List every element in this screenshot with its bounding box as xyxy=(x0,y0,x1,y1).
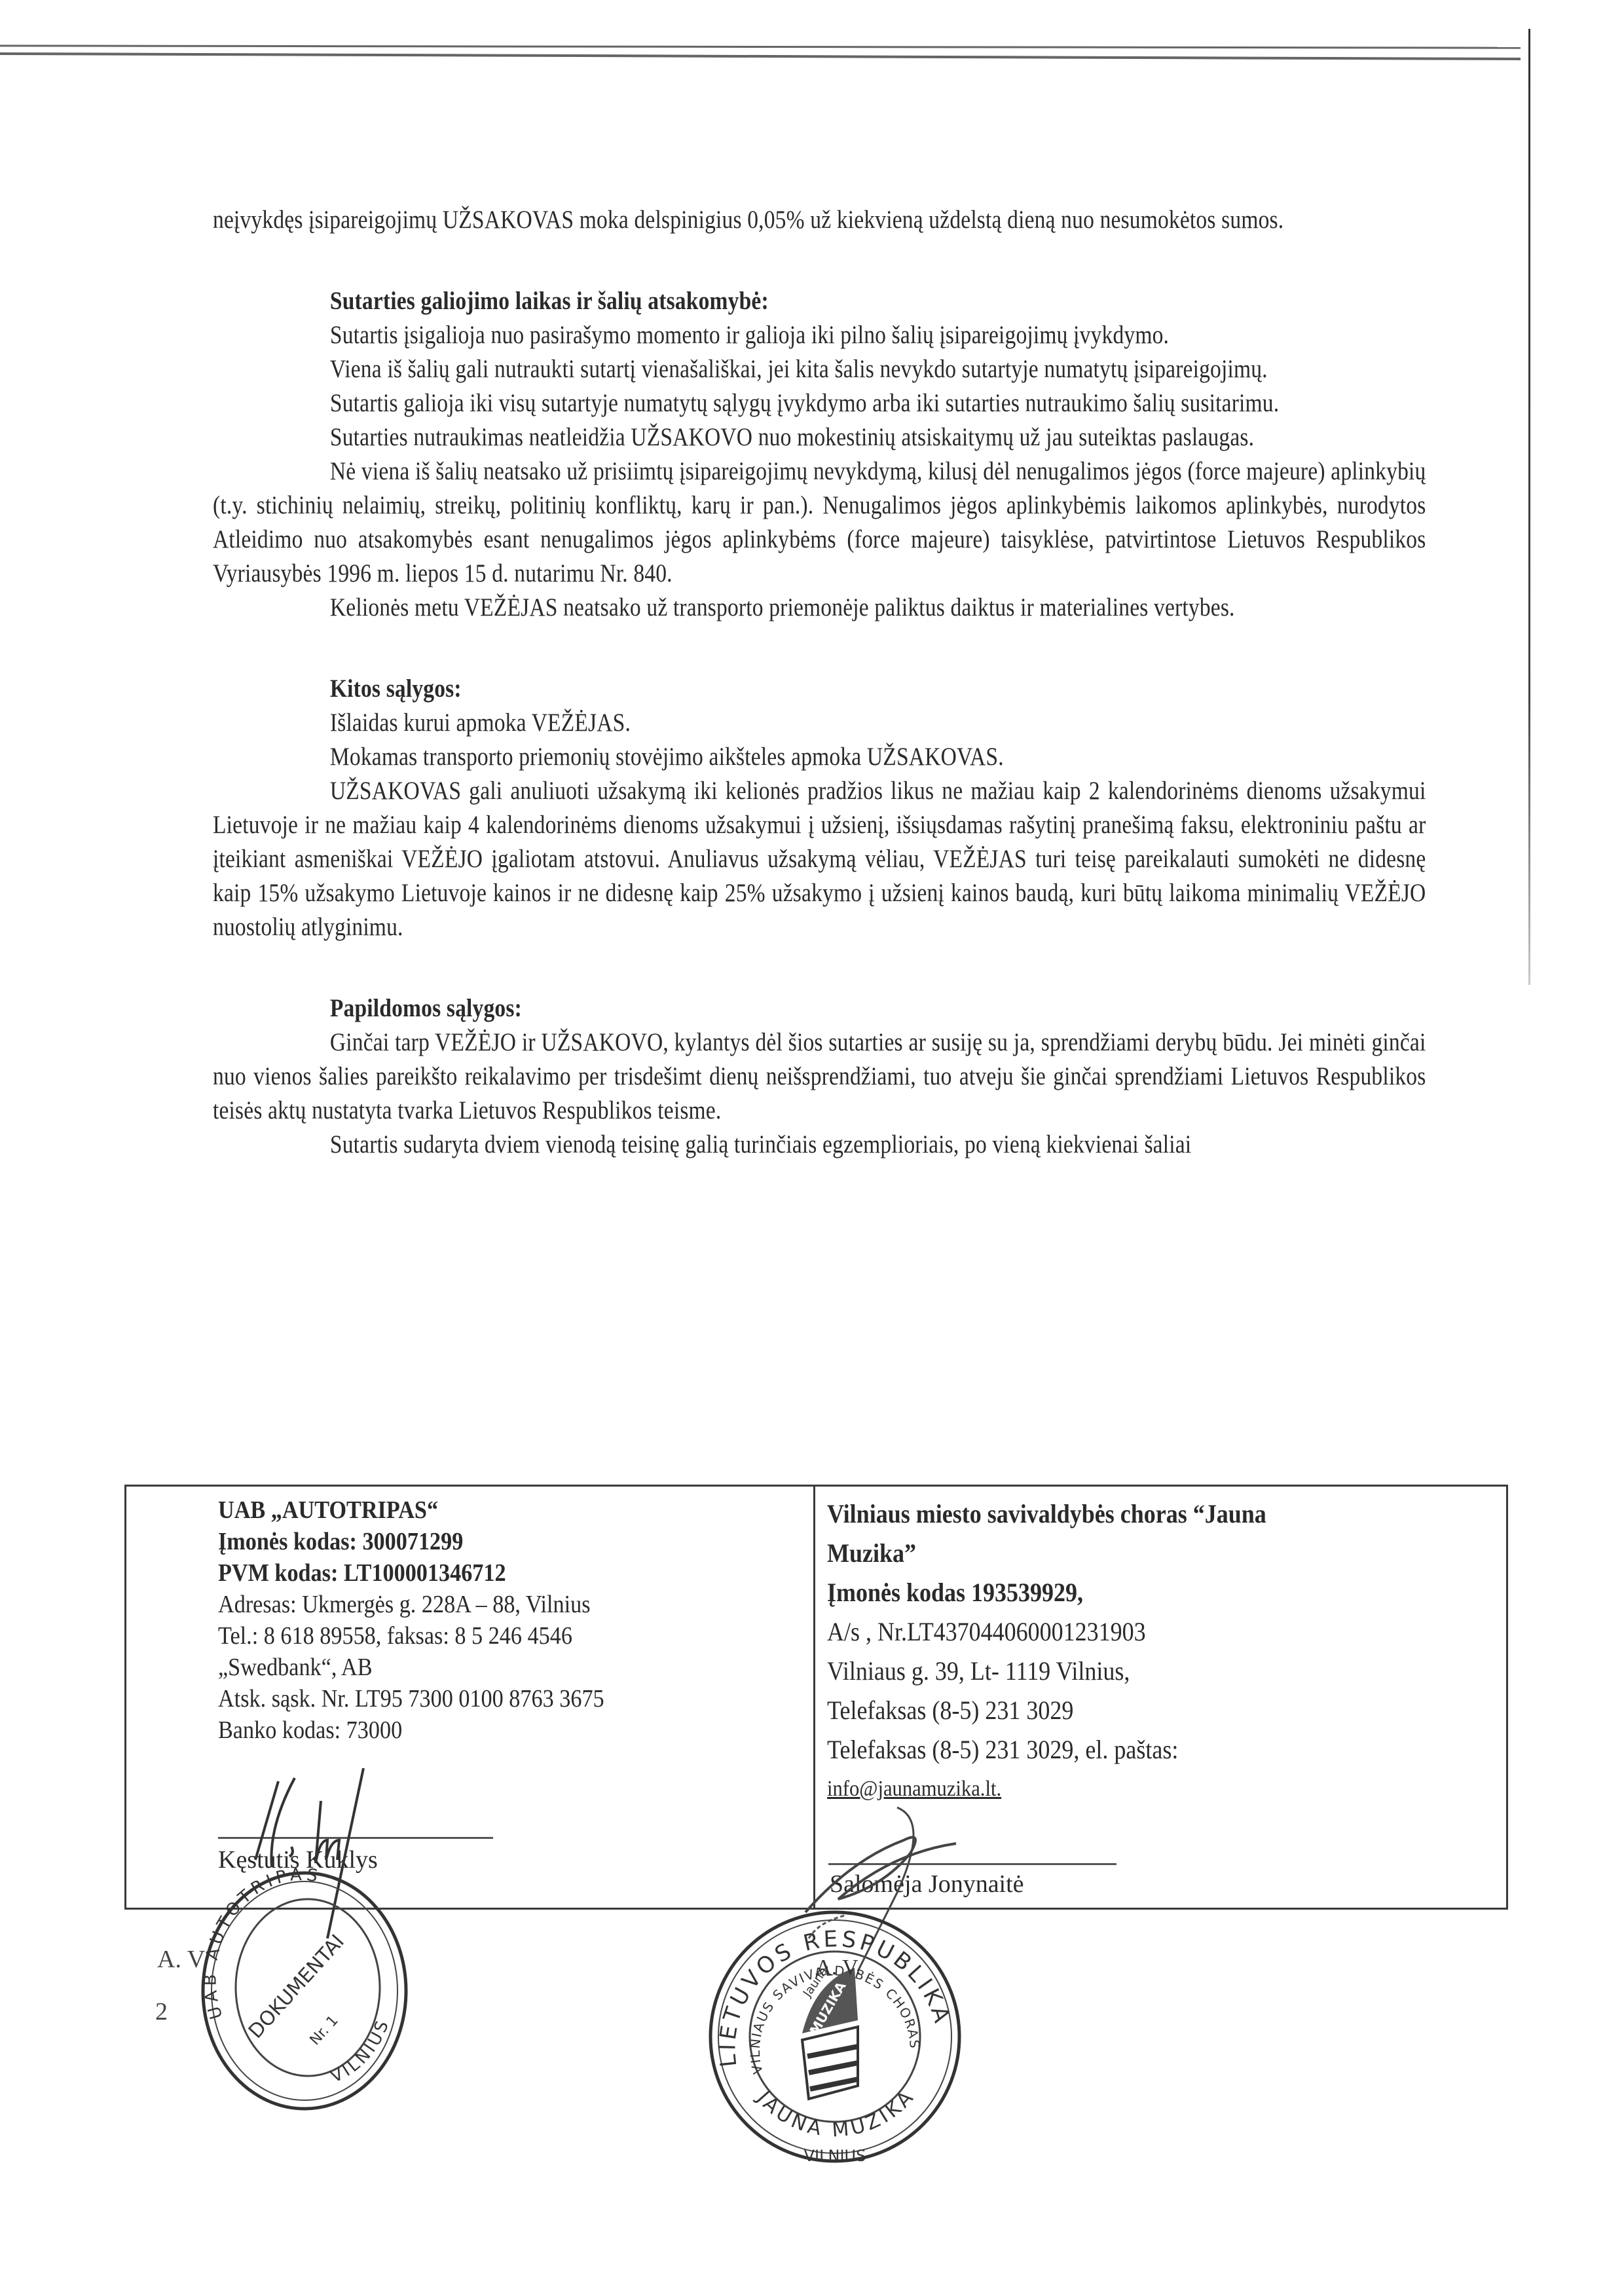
carrier-bank: „Swedbank“, AB xyxy=(218,1652,754,1683)
scan-margin-line xyxy=(1528,29,1530,985)
carrier-stamp: UAB AUTOTRIPAS VILNIUS DOKUMENTAI Nr. 1 xyxy=(196,1866,413,2115)
carrier-requisites: UAB „AUTOTRIPAS“ Įmonės kodas: 300071299… xyxy=(126,1487,815,1908)
paragraph: Viena iš šalių gali nutraukti sutartį vi… xyxy=(213,352,1426,386)
carrier-phone: Tel.: 8 618 89558, faksas: 8 5 246 4546 xyxy=(218,1620,754,1652)
carrier-company-code: Įmonės kodas: 300071299 xyxy=(218,1526,754,1557)
svg-text:UAB AUTOTRIPAS: UAB AUTOTRIPAS xyxy=(201,1865,323,2022)
section-other-terms: Kitos sąlygos: Išlaidas kurui apmoka VEŽ… xyxy=(213,672,1426,944)
section-heading: Papildomos sąlygos: xyxy=(213,991,1426,1026)
paragraph: Sutartis sudaryta dviem vienodą teisinę … xyxy=(213,1128,1426,1162)
choir-logo-icon: MUZIKA Jauna xyxy=(800,1965,858,2099)
paragraph: Nė viena iš šalių neatsako už prisiimtų … xyxy=(213,454,1426,591)
scan-artifact-line xyxy=(0,52,1521,60)
stamp-outer-text: UAB AUTOTRIPAS xyxy=(201,1865,323,2022)
carrier-account: Atsk. sąsk. Nr. LT95 7300 0100 8763 3675 xyxy=(218,1683,754,1714)
customer-account: A/s , Nr.LT437044060001231903 xyxy=(827,1612,1438,1652)
stamp-bottom-text: JAUNA MUZIKA xyxy=(752,2084,920,2142)
carrier-bank-code: Banko kodas: 73000 xyxy=(218,1714,754,1746)
scan-artifact-line xyxy=(0,45,1521,48)
section-heading: Kitos sąlygos: xyxy=(213,672,1426,706)
paragraph: Ginčai tarp VEŽĖJO ir UŽSAKOVO, kylantys… xyxy=(213,1026,1426,1128)
contract-body: neįvykdęs įsipareigojimų UŽSAKOVAS moka … xyxy=(213,203,1426,1162)
paragraph: Išlaidas kurui apmoka VEŽĖJAS. xyxy=(213,706,1426,740)
carrier-vat-code: PVM kodas: LT100001346712 xyxy=(218,1557,754,1589)
customer-telefax-email-label: Telefaksas (8-5) 231 3029, el. paštas: xyxy=(827,1730,1438,1769)
section-heading: Sutarties galiojimo laikas ir šalių atsa… xyxy=(213,284,1426,318)
paragraph: Mokamas transporto priemonių stovėjimo a… xyxy=(213,740,1426,774)
customer-stamp: LIETUVOS RESPUBLIKA VILNIAUS SAVIVALDYBĖ… xyxy=(704,1902,966,2171)
customer-address: Vilniaus g. 39, Lt- 1119 Vilnius, xyxy=(827,1652,1438,1691)
paragraph: Sutartis įsigalioja nuo pasirašymo momen… xyxy=(213,318,1426,352)
carrier-address: Adresas: Ukmergės g. 228A – 88, Vilnius xyxy=(218,1589,754,1620)
paragraph: UŽSAKOVAS gali anuliuoti užsakymą iki ke… xyxy=(213,774,1426,944)
stamp-seal-mark: A. V. xyxy=(815,1955,861,1980)
customer-name: Vilniaus miesto savivaldybės choras “Jau… xyxy=(827,1494,1310,1573)
customer-company-code: Įmonės kodas 193539929, xyxy=(827,1573,1438,1612)
stamp-city-text: VILNIUS xyxy=(804,2147,866,2165)
section-additional-terms: Papildomos sąlygos: Ginčai tarp VEŽĖJO i… xyxy=(213,991,1426,1162)
paragraph: Sutarties nutraukimas neatleidžia UŽSAKO… xyxy=(213,420,1426,454)
intro-paragraph: neįvykdęs įsipareigojimų UŽSAKOVAS moka … xyxy=(213,203,1426,237)
svg-text:JAUNA MUZIKA: JAUNA MUZIKA xyxy=(752,2084,920,2142)
section-validity: Sutarties galiojimo laikas ir šalių atsa… xyxy=(213,284,1426,625)
paragraph: Kelionės metu VEŽĖJAS neatsako už transp… xyxy=(213,591,1426,625)
stamp-number: Nr. 1 xyxy=(307,2012,342,2048)
seal-place-mark: A. V xyxy=(157,1945,205,1974)
paragraph: Sutartis galioja iki visų sutartyje numa… xyxy=(213,386,1426,420)
page-number: 2 xyxy=(155,1997,168,2026)
customer-telefax: Telefaksas (8-5) 231 3029 xyxy=(827,1691,1438,1730)
carrier-name: UAB „AUTOTRIPAS“ xyxy=(218,1494,754,1526)
